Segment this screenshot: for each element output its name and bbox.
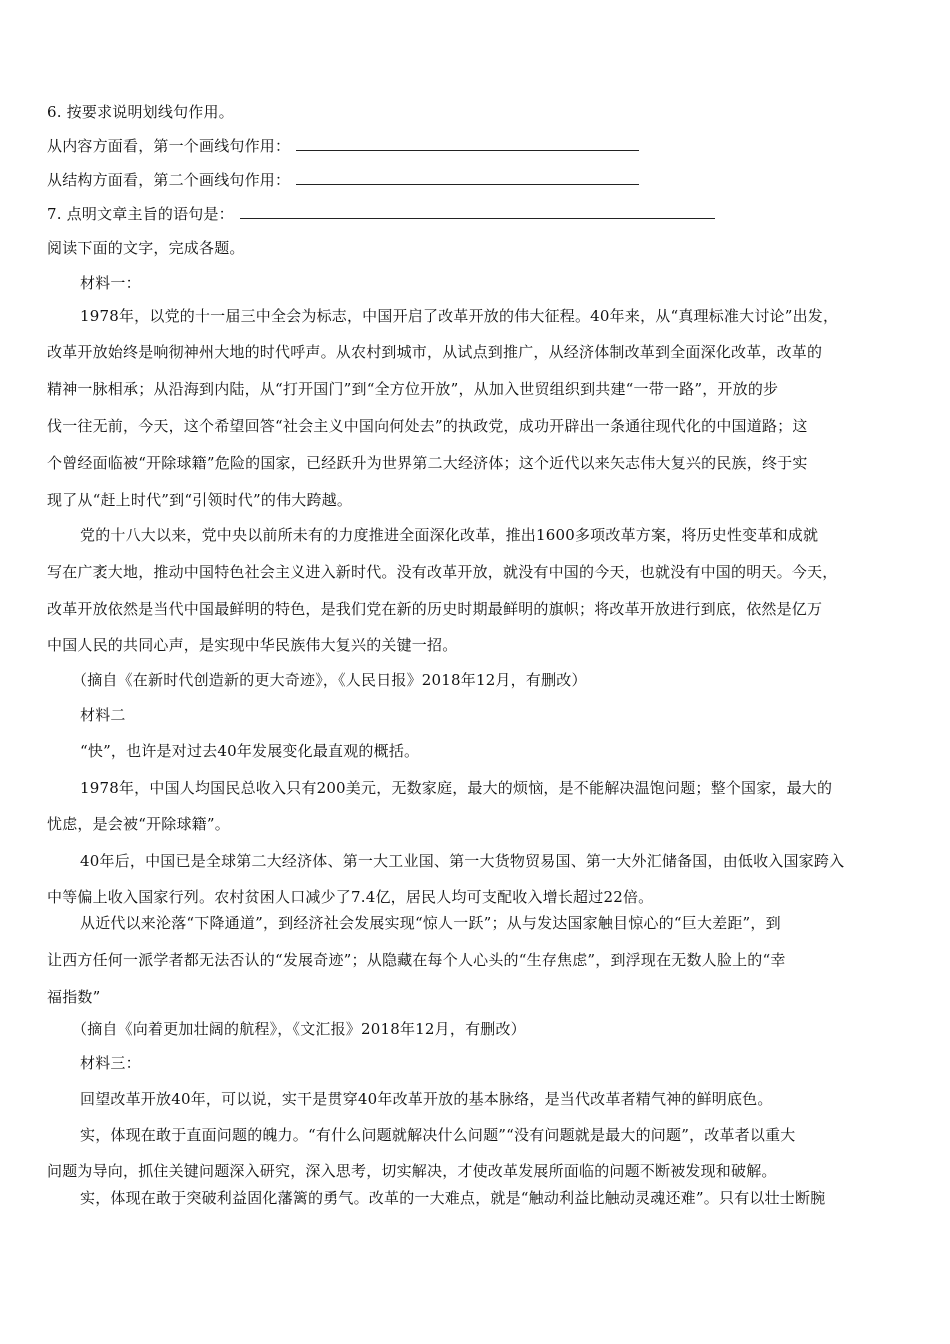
material-1-citation: （摘自《在新时代创造新的更大奇迹》，《人民日报》2018年12月，有删改） (72, 670, 587, 690)
material-3-heading: 材料三： (80, 1053, 141, 1073)
question-6-structure-row: 从结构方面看，第二个画线句作用： (47, 170, 639, 190)
question-6-content-prompt: 从内容方面看，第一个画线句作用： (47, 137, 290, 155)
question-6-structure-prompt: 从结构方面看，第二个画线句作用： (47, 171, 290, 189)
material-1-p1-line: 1978年，以党的十一届三中全会为标志，中国开启了改革开放的伟大征程。40年来，… (80, 306, 838, 326)
material-1-p1-line: 精神一脉相承；从沿海到内陆，从“打开国门”到“全方位开放”，从加入世贸组织到共建… (47, 379, 778, 399)
material-1-p2-line: 写在广袤大地，推动中国特色社会主义进入新时代。没有改革开放，就没有中国的今天，也… (47, 562, 837, 582)
material-1-p2-line: 中国人民的共同心声，是实现中华民族伟大复兴的关键一招。 (47, 635, 457, 655)
answer-blank-structure[interactable] (296, 170, 639, 185)
material-1-p1-line: 伐一往无前，今天，这个希望回答“社会主义中国向何处去”的执政党，成功开辟出一条通… (47, 416, 808, 436)
material-1-p2-line: 改革开放依然是当代中国最鲜明的特色，是我们党在新的历史时期最鲜明的旗帜；将改革开… (47, 599, 822, 619)
reading-instruction: 阅读下面的文字，完成各题。 (47, 238, 245, 258)
material-2-p3-line: 40年后，中国已是全球第二大经济体、第一大工业国、第一大货物贸易国、第一大外汇储… (80, 851, 844, 871)
material-2-p4-line: 福指数” (47, 987, 100, 1007)
material-2-p1: “快”，也许是对过去40年发展变化最直观的概括。 (80, 741, 419, 761)
material-2-p3-line: 中等偏上收入国家行列。农村贫困人口减少了7.4亿，居民人均可支配收入增长超过22… (47, 887, 653, 907)
material-3-p1: 回望改革开放40年，可以说，实干是贯穿40年改革开放的基本脉络，是当代改革者精气… (80, 1089, 773, 1109)
material-1-p1-line: 现了从“赶上时代”到“引领时代”的伟大跨越。 (47, 490, 352, 510)
material-2-p4-line: 从近代以来沦落“下降通道”，到经济社会发展实现“惊人一跃”；从与发达国家触目惊心… (80, 913, 781, 933)
material-3-p3-line: 实，体现在敢于突破利益固化藩篱的勇气。改革的一大难点，就是“触动利益比触动灵魂还… (80, 1188, 825, 1208)
material-1-p1-line: 改革开放始终是响彻神州大地的时代呼声。从农村到城市，从试点到推广，从经济体制改革… (47, 342, 822, 362)
material-3-p2-line: 实，体现在敢于直面问题的魄力。“有什么问题就解决什么问题”“没有问题就是最大的问… (80, 1125, 795, 1145)
answer-blank-content[interactable] (296, 136, 639, 151)
material-2-citation: （摘自《向着更加壮阔的航程》，《文汇报》2018年12月，有删改） (72, 1019, 526, 1039)
material-1-p2-line: 党的十八大以来，党中央以前所未有的力度推进全面深化改革，推出1600多项改革方案… (80, 525, 818, 545)
material-1-p1-line: 个曾经面临被“开除球籍”危险的国家，已经跃升为世界第二大经济体；这个近代以来矢志… (47, 453, 808, 473)
question-7-row: 7. 点明文章主旨的语句是： (47, 204, 715, 224)
question-7-prompt: 7. 点明文章主旨的语句是： (47, 205, 234, 223)
material-1-heading: 材料一： (80, 273, 141, 293)
material-2-p2-line: 1978年，中国人均国民总收入只有200美元，无数家庭，最大的烦恼，是不能解决温… (80, 778, 832, 798)
material-2-heading: 材料二 (80, 705, 126, 725)
question-6-content-row: 从内容方面看，第一个画线句作用： (47, 136, 639, 156)
answer-blank-theme[interactable] (240, 204, 715, 219)
material-3-p2-line: 问题为导向，抓住关键问题深入研究，深入思考，切实解决，才使改革发展所面临的问题不… (47, 1161, 777, 1181)
material-2-p4-line: 让西方任何一派学者都无法否认的“发展奇迹”；从隐藏在每个人心头的“生存焦虑”，到… (47, 950, 786, 970)
question-6-title: 6. 按要求说明划线句作用。 (47, 102, 234, 122)
document-page: 6. 按要求说明划线句作用。 从内容方面看，第一个画线句作用： 从结构方面看，第… (0, 0, 950, 1344)
material-2-p2-line: 忧虑，是会被“开除球籍”。 (47, 814, 230, 834)
